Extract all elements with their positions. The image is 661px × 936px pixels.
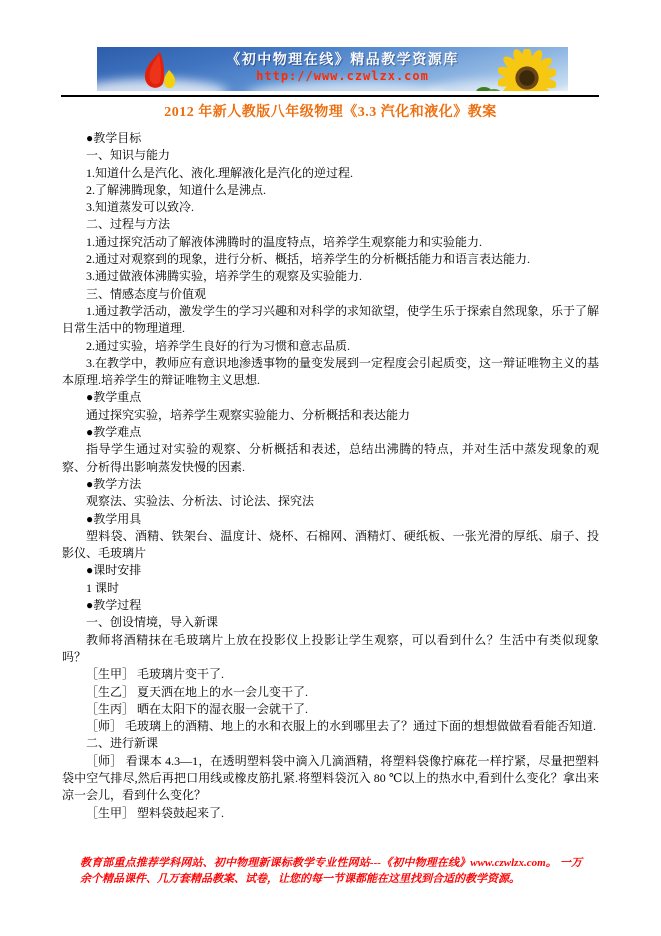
paragraph: 二、过程与方法 xyxy=(62,216,599,233)
paragraph: ●教学重点 xyxy=(62,389,599,406)
paragraph: 教师将酒精抹在毛玻璃片上放在投影仪上投影让学生观察，可以看到什么？生活中有类似现… xyxy=(62,632,599,667)
paragraph: ［生甲］ 塑料袋鼓起来了. xyxy=(62,805,599,822)
site-url-link[interactable]: http://www.czwlzx.com xyxy=(202,69,483,83)
sunflower-icon xyxy=(498,49,556,91)
paragraph: 1.通过教学活动，激发学生的学习兴趣和对科学的求知欲望，使学生乐于探索自然现象，… xyxy=(62,303,599,338)
paragraph: ［生甲］ 毛玻璃片变干了. xyxy=(62,666,599,683)
paragraph: 3.知道蒸发可以致冷. xyxy=(62,199,599,216)
paragraph: ［师］ 看课本 4.3—1，在透明塑料袋中滴入几滴酒精，将塑料袋像拧麻花一样拧紧… xyxy=(62,753,599,805)
paragraph: 2.通过对观察到的现象，进行分析、概括，培养学生的分析概括能力和语言表达能力. xyxy=(62,251,599,268)
paragraph: ［生丙］ 晒在太阳下的湿衣服一会就干了. xyxy=(62,701,599,718)
paragraph: 3.通过做液体沸腾实验，培养学生的观察及实验能力. xyxy=(62,268,599,285)
paragraph: 指导学生通过对实验的观察、分析概括和表述，总结出沸腾的特点，并对生活中蒸发现象的… xyxy=(62,441,599,476)
flame-logo-icon xyxy=(139,51,179,91)
site-banner: 《初中物理在线》精品教学资源库 http://www.czwlzx.com xyxy=(97,47,568,91)
paragraph: 2.了解沸腾现象，知道什么是沸点. xyxy=(62,182,599,199)
paragraph: 通过探究实验，培养学生观察实验能力、分析概括和表达能力 xyxy=(62,407,599,424)
paragraph: 1 课时 xyxy=(62,580,599,597)
site-title: 《初中物理在线》精品教学资源库 xyxy=(202,51,483,68)
paragraph: ●教学目标 xyxy=(62,130,599,147)
paragraph: ●教学过程 xyxy=(62,597,599,614)
paragraph: 塑料袋、酒精、铁架台、温度计、烧杯、石棉网、酒精灯、硬纸板、一张光滑的厚纸、扇子… xyxy=(62,528,599,563)
paragraph: ［师］ 毛玻璃上的酒精、地上的水和衣服上的水到哪里去了？通过下面的想想做做看看能… xyxy=(62,718,599,735)
page: { "banner": { "site_title": "《初中物理在线》精品教… xyxy=(0,0,661,936)
paragraph: ●课时安排 xyxy=(62,562,599,579)
paragraph: 1.知道什么是汽化、液化.理解液化是汽化的逆过程. xyxy=(62,165,599,182)
paragraph: 一、知识与能力 xyxy=(62,147,599,164)
page-title: 2012 年新人教版八年级物理《3.3 汽化和液化》教案 xyxy=(0,101,661,121)
paragraph: 三、情感态度与价值观 xyxy=(62,286,599,303)
paragraph: 3.在教学中，教师应有意识地渗透事物的量变发展到一定程度会引起质变，这一辩证唯物… xyxy=(62,355,599,390)
header-divider xyxy=(61,95,599,97)
paragraph: 观察法、实验法、分析法、讨论法、探究法 xyxy=(62,493,599,510)
paragraph: 1.通过探究活动了解液体沸腾时的温度特点，培养学生观察能力和实验能力. xyxy=(62,234,599,251)
paragraph: 一、创设情境，导入新课 xyxy=(62,614,599,631)
paragraph: 2.通过实验，培养学生良好的行为习惯和意志品质. xyxy=(62,338,599,355)
document-body: ●教学目标一、知识与能力1.知道什么是汽化、液化.理解液化是汽化的逆过程.2.了… xyxy=(62,130,599,822)
paragraph: ●教学用具 xyxy=(62,511,599,528)
banner-text-block: 《初中物理在线》精品教学资源库 http://www.czwlzx.com xyxy=(202,51,483,83)
footer-promo-text: 教育部重点推荐学科网站、初中物理新课标教学专业性网站---《初中物理在线》www… xyxy=(80,856,582,887)
paragraph: ●教学方法 xyxy=(62,476,599,493)
paragraph: ●教学难点 xyxy=(62,424,599,441)
paragraph: 二、进行新课 xyxy=(62,735,599,752)
paragraph: ［生乙］ 夏天洒在地上的水一会儿变干了. xyxy=(62,684,599,701)
